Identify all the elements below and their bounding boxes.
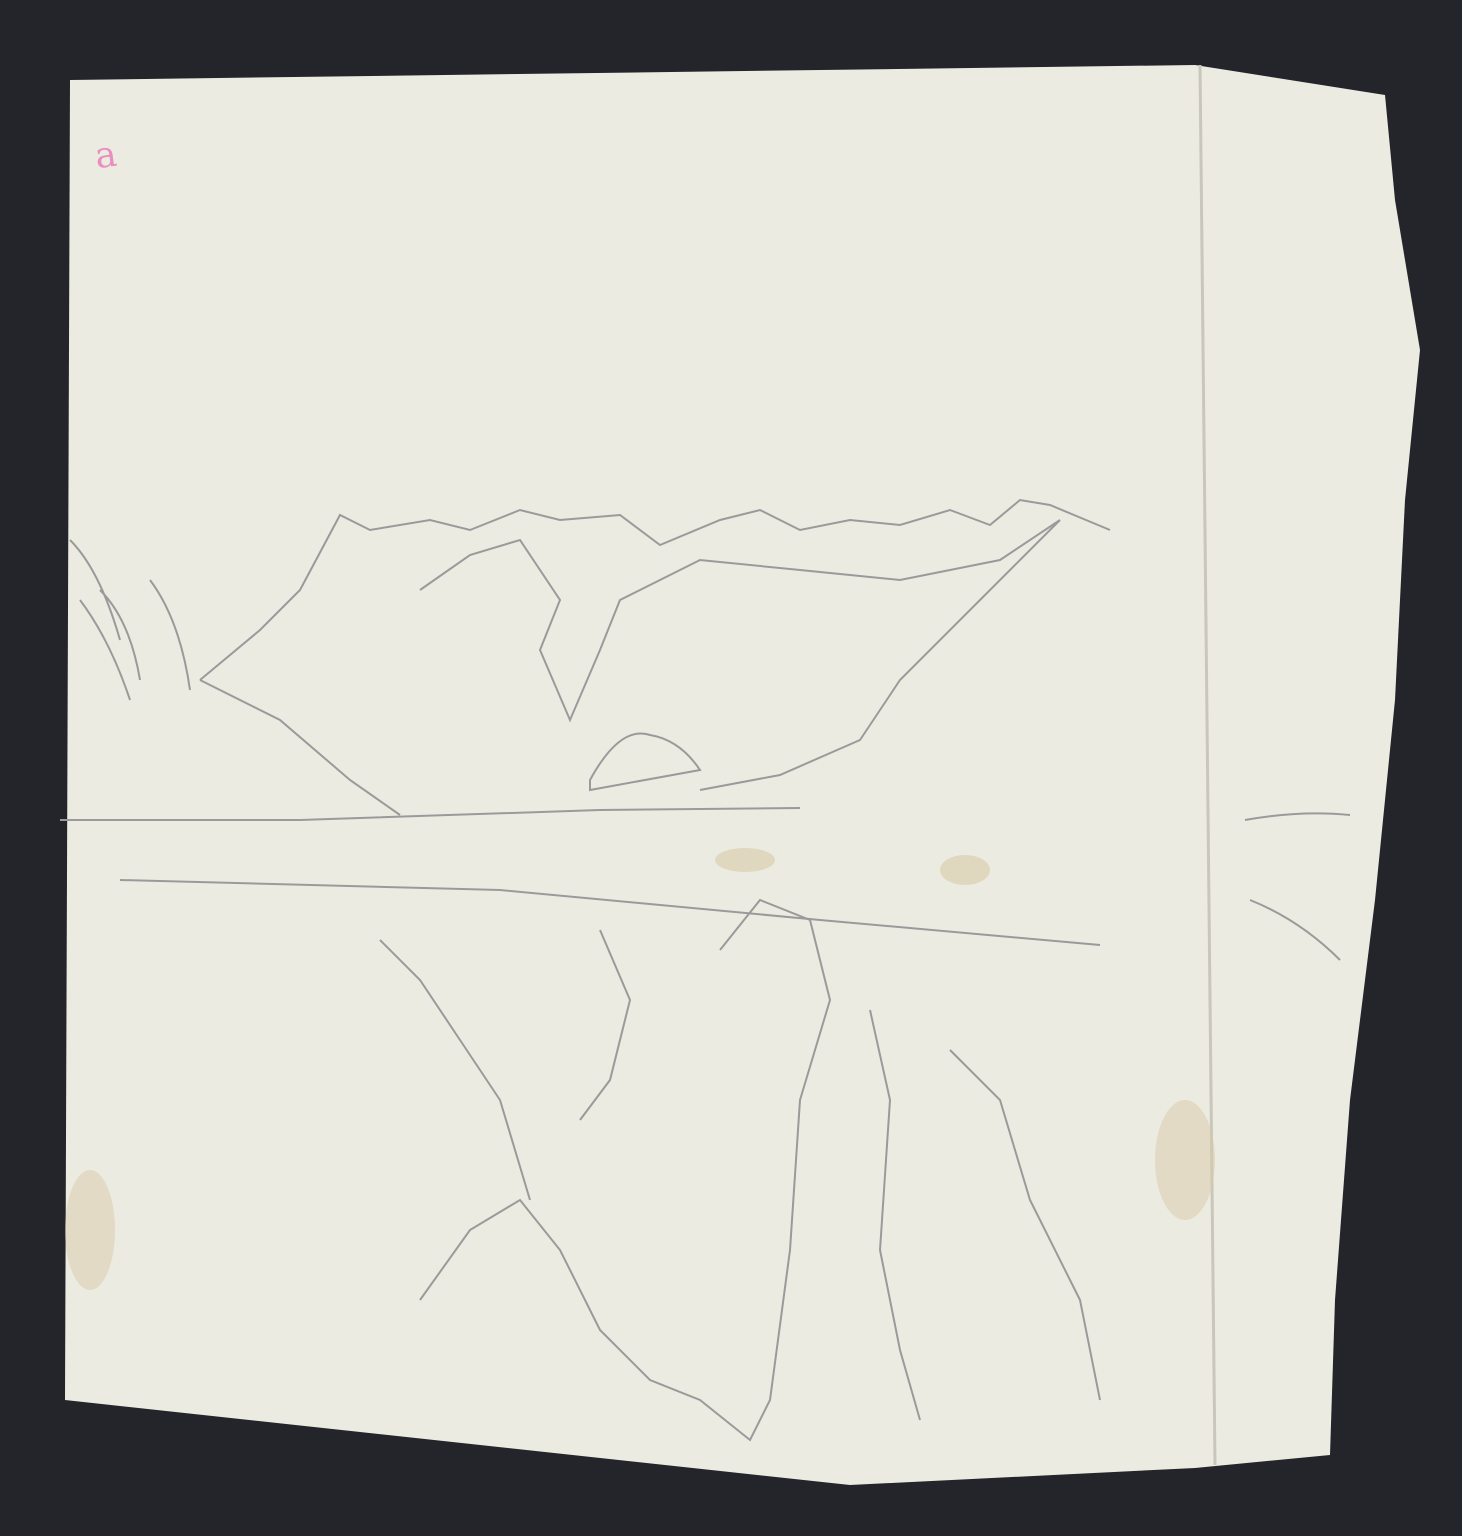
sketch-paper bbox=[0, 0, 1462, 1536]
scan-frame: a bbox=[0, 0, 1462, 1536]
